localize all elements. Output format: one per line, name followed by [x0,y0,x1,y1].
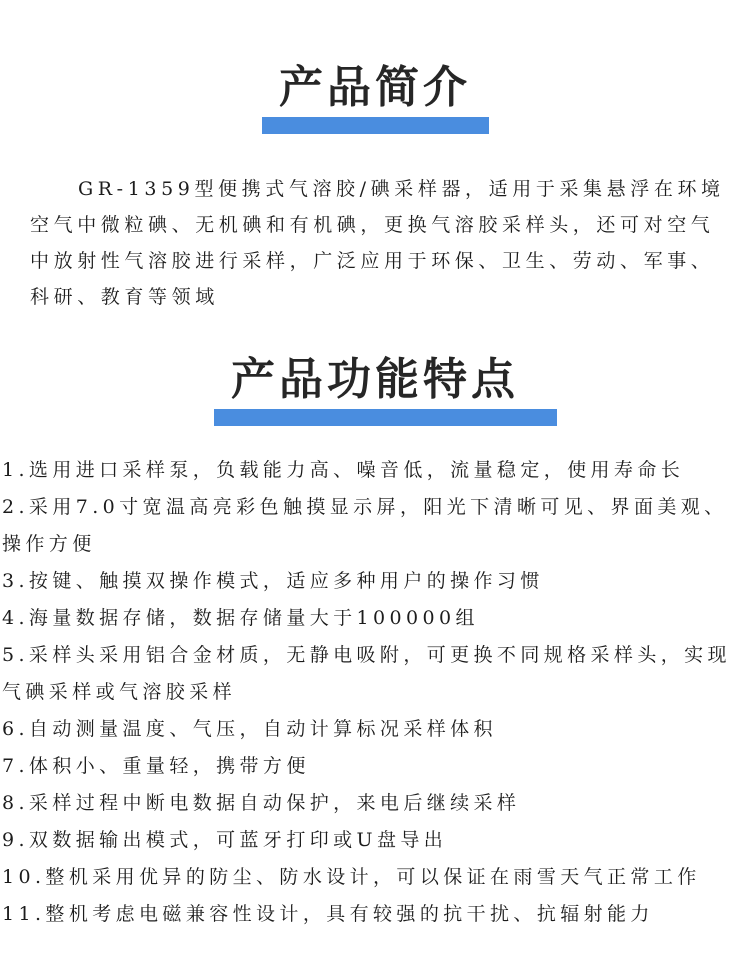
feature-item: 8.采样过程中断电数据自动保护，来电后继续采样 [2,785,748,822]
features-list: 1.选用进口采样泵，负载能力高、噪音低，流量稳定，使用寿命长 2.采用7.0寸宽… [2,452,748,933]
feature-item: 9.双数据输出模式，可蓝牙打印或U盘导出 [2,822,748,859]
features-heading: 产品功能特点 [0,352,750,408]
intro-heading-underline [262,117,489,134]
feature-item: 3.按键、触摸双操作模式，适应多种用户的操作习惯 [2,563,748,600]
feature-item: 4.海量数据存储，数据存储量大于100000组 [2,600,748,637]
feature-item: 6.自动测量温度、气压，自动计算标况采样体积 [2,711,748,748]
feature-item: 11.整机考虑电磁兼容性设计，具有较强的抗干扰、抗辐射能力 [2,896,748,933]
feature-item: 10.整机采用优异的防尘、防水设计，可以保证在雨雪天气正常工作 [2,859,748,896]
feature-item: 1.选用进口采样泵，负载能力高、噪音低，流量稳定，使用寿命长 [2,452,748,489]
feature-item: 7.体积小、重量轻，携带方便 [2,748,748,785]
intro-heading: 产品简介 [0,60,750,116]
product-intro-section: 产品简介 GR-1359型便携式气溶胶/碘采样器，适用于采集悬浮在环境空气中微粒… [0,0,750,318]
feature-item: 5.采样头采用铝合金材质，无静电吸附，可更换不同规格采样头，实现气碘采样或气溶胶… [2,637,748,711]
intro-paragraph: GR-1359型便携式气溶胶/碘采样器，适用于采集悬浮在环境空气中微粒碘、无机碘… [30,171,730,315]
features-heading-underline [214,409,557,426]
feature-item: 2.采用7.0寸宽温高亮彩色触摸显示屏，阳光下清晰可见、界面美观、操作方便 [2,489,748,563]
